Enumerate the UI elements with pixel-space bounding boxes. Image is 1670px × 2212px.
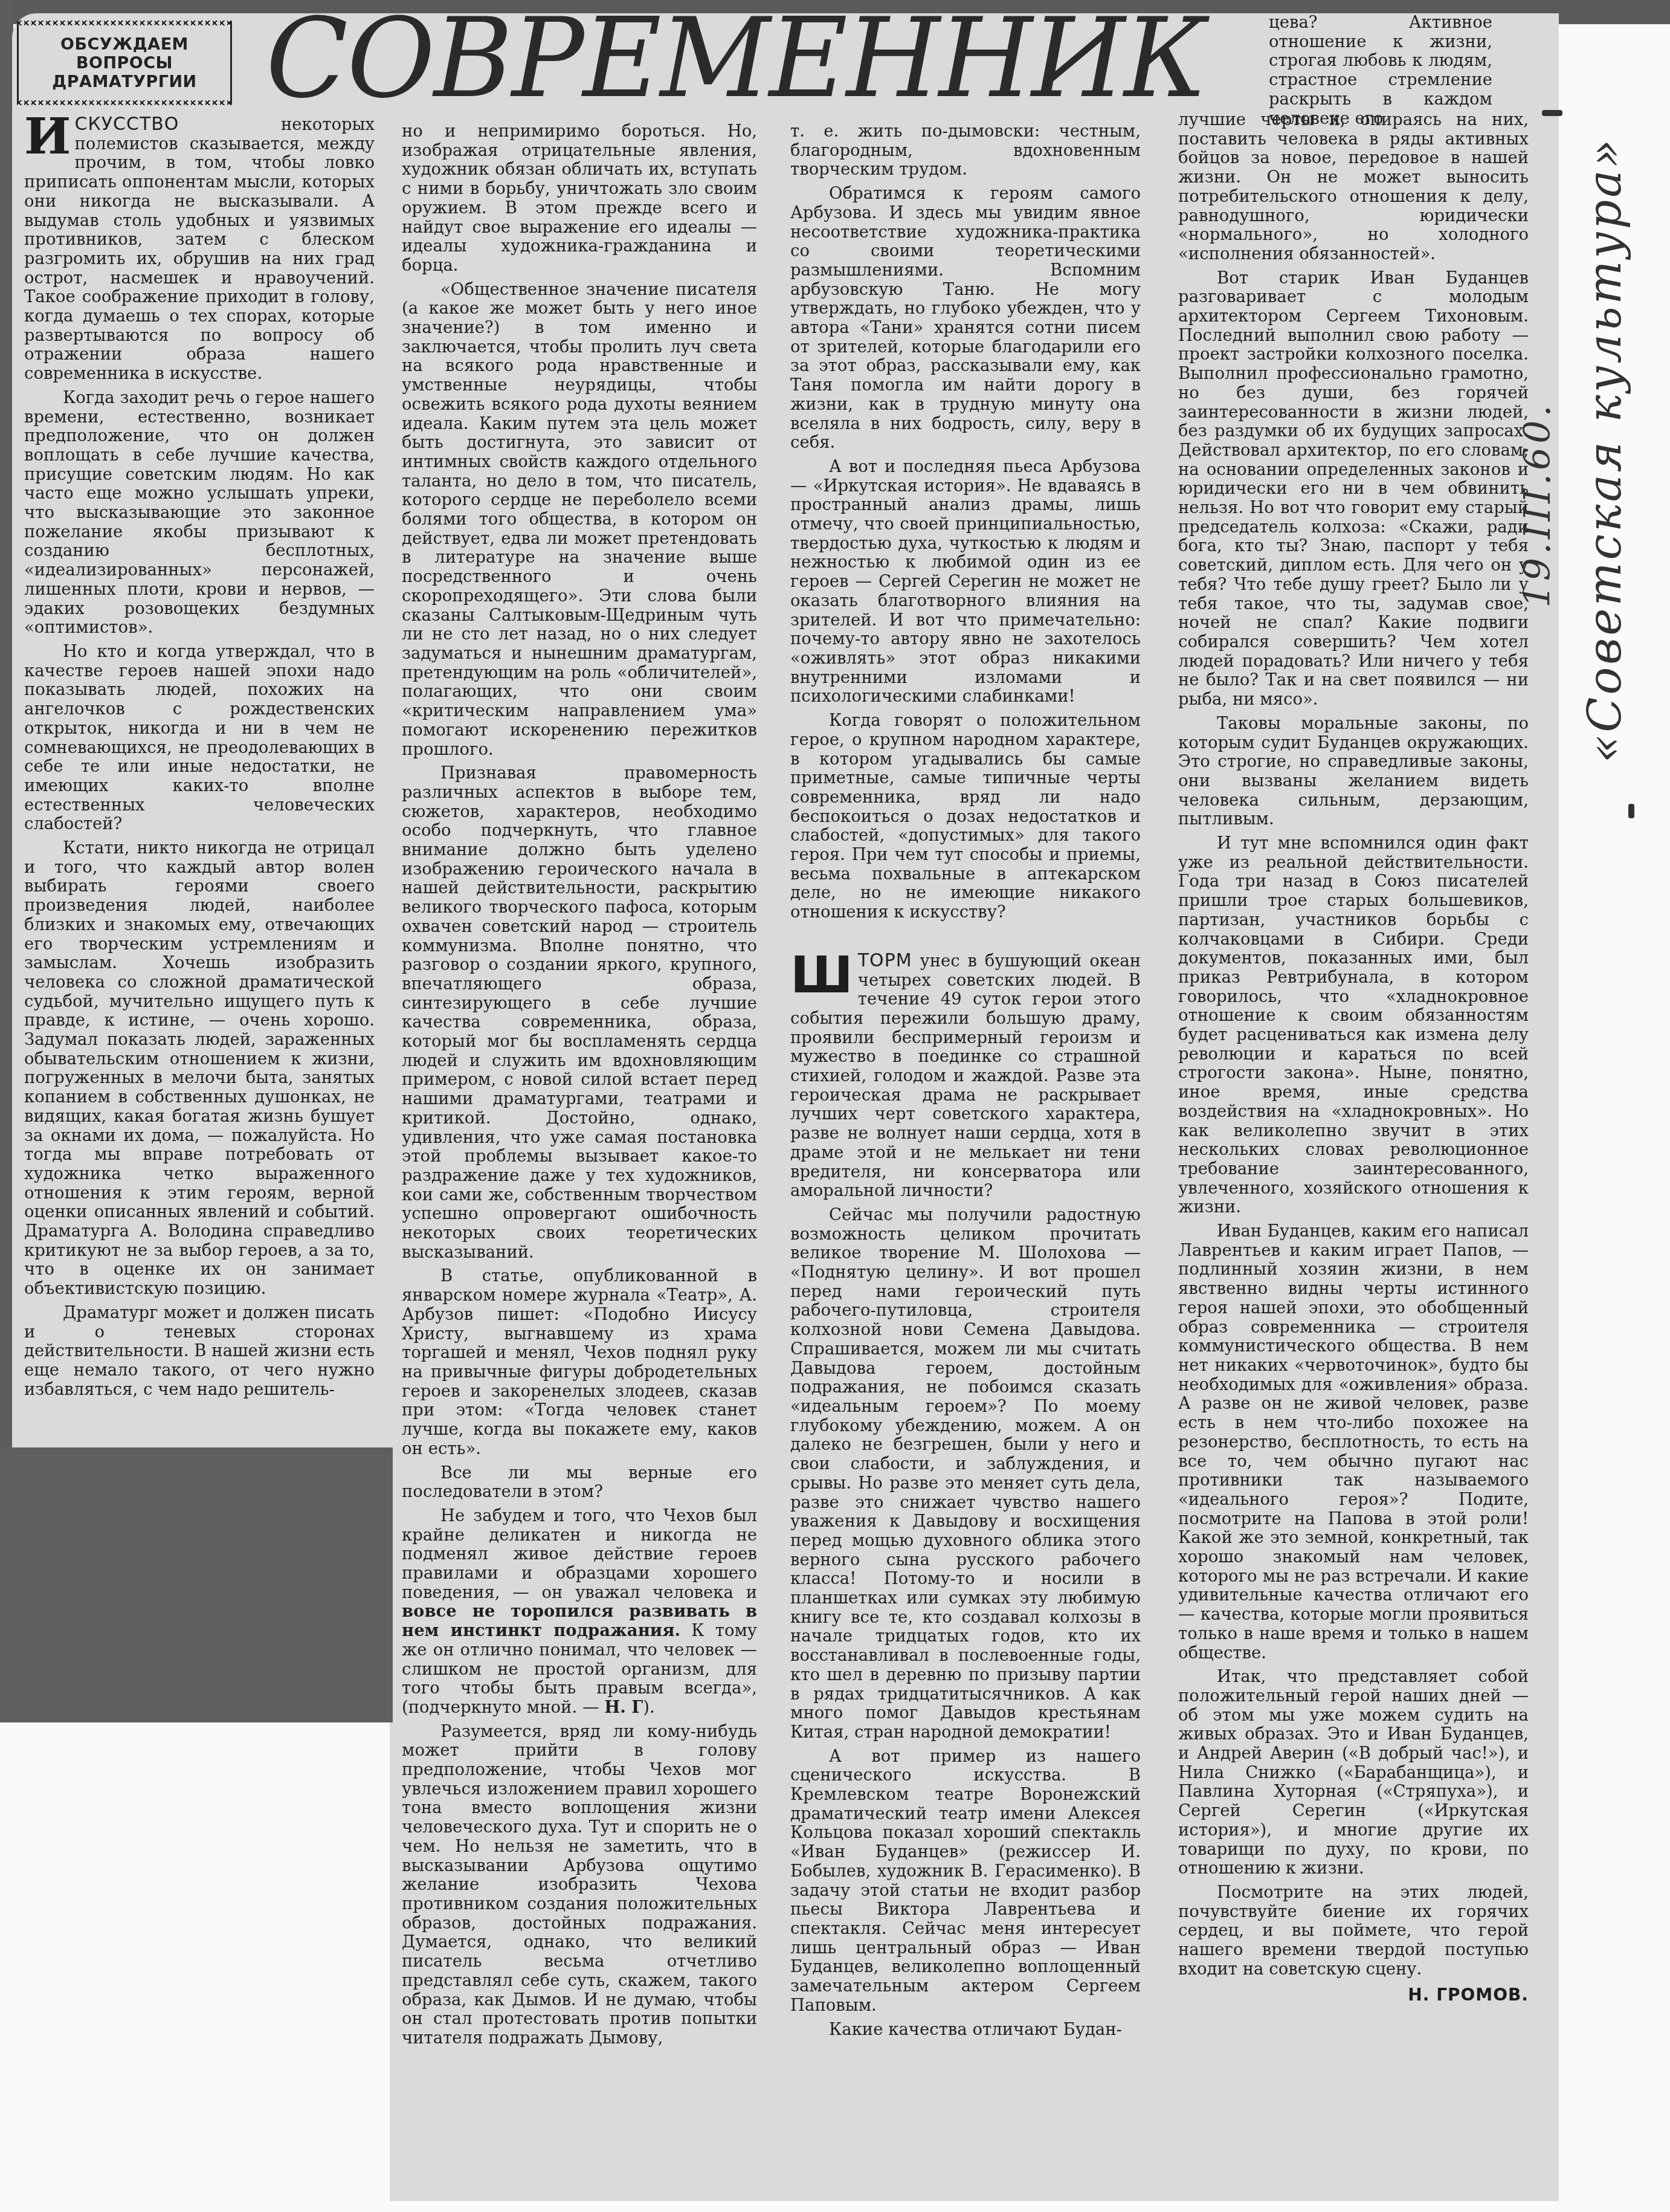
article-column-4: лучшие черты и, опираясь на них, постави… xyxy=(1178,111,1529,2004)
paragraph: Но кто и когда утверждал, что в качестве… xyxy=(24,642,375,834)
paragraph: А вот пример из нашего сценического иску… xyxy=(790,1747,1141,2016)
drop-cap: Ш xyxy=(790,955,853,995)
paragraph: Разумеется, вряд ли кому-нибудь может пр… xyxy=(402,1722,757,2048)
lead-caps: СКУССТВО xyxy=(74,114,179,135)
paragraph: Иван Буданцев, каким его написал Лаврент… xyxy=(1178,1222,1529,1663)
rubric-line: ВОПРОСЫ xyxy=(76,54,173,73)
pen-mark xyxy=(1542,110,1562,116)
paragraph: ИСКУССТВО некоторых полемистов сказывает… xyxy=(24,115,375,384)
paragraph: т. е. жить по-дымовски: честным, благоро… xyxy=(790,122,1141,179)
article-column-3: т. е. жить по-дымовски: честным, благоро… xyxy=(790,122,1141,2044)
paragraph: ШТОРМ унес в бушующий океан четырех сове… xyxy=(790,951,1141,1201)
paragraph: лучшие черты и, опираясь на них, постави… xyxy=(1178,111,1529,264)
handwritten-source: «Советская культура» xyxy=(1578,118,1631,783)
drop-cap: И xyxy=(24,117,71,156)
rubric-box: ОБСУЖДАЕМ ВОПРОСЫ ДРАМАТУРГИИ xyxy=(17,22,232,104)
paragraph: Обратимся к героям самого Арбузова. И зд… xyxy=(790,184,1141,453)
author-initials: Н. Г xyxy=(604,1698,643,1717)
paragraph: Когда заходит речь о герое нашего времен… xyxy=(24,389,375,638)
backing-board xyxy=(0,1447,393,1722)
paragraph: Признавая правомерность различных аспект… xyxy=(402,764,757,1262)
handwritten-date: 19.III.60. xyxy=(1517,233,1559,777)
pen-mark xyxy=(1628,804,1634,818)
paragraph: Не забудем и того, что Чехов был крайне … xyxy=(402,1507,757,1718)
lead-caps: ТОРМ xyxy=(858,950,912,971)
paragraph: но и непримиримо бороться. Но, изображая… xyxy=(402,122,757,276)
article-title: СОВРЕМЕННИК xyxy=(266,13,1263,105)
paragraph: Когда говорят о положительном герое, о к… xyxy=(790,711,1141,922)
paragraph: Все ли мы верные его последователи в это… xyxy=(402,1464,757,1502)
article-column-1: ИСКУССТВО некоторых полемистов сказывает… xyxy=(24,115,375,1404)
paragraph: И тут мне вспомнился один факт уже из ре… xyxy=(1178,834,1529,1217)
paragraph: Итак, что представляет собой положительн… xyxy=(1178,1667,1529,1878)
paragraph: Какие качества отличают Будан- xyxy=(790,2020,1141,2040)
blank-area xyxy=(12,1722,390,2206)
paragraph: Вот старик Иван Буданцев разговаривает с… xyxy=(1178,269,1529,710)
rubric-line: ОБСУЖДАЕМ xyxy=(60,35,189,54)
article-column-2: но и непримиримо бороться. Но, изображая… xyxy=(402,122,757,2053)
author-signature: Н. ГРОМОВ. xyxy=(1178,1985,1529,2005)
paragraph: Кстати, никто никогда не отрицал и того,… xyxy=(24,839,375,1299)
paragraph: Посмотрите на этих людей, почувствуйте б… xyxy=(1178,1883,1529,1979)
paragraph: «Общественное значение писателя (а какое… xyxy=(402,280,757,760)
handwritten-note: «Советская культура» 19.III.60. xyxy=(1562,109,1670,804)
paragraph: В статье, опубликованной в январском ном… xyxy=(402,1267,757,1458)
paragraph: Драматург может и должен писать и о тене… xyxy=(24,1304,375,1400)
paragraph: Таковы моральные законы, по которым суди… xyxy=(1178,714,1529,829)
paragraph: Сейчас мы получили радостную возможность… xyxy=(790,1206,1141,1742)
paragraph: А вот и последняя пьеса Арбузова — «Ирку… xyxy=(790,458,1141,707)
rubric-line: ДРАМАТУРГИИ xyxy=(52,73,196,91)
